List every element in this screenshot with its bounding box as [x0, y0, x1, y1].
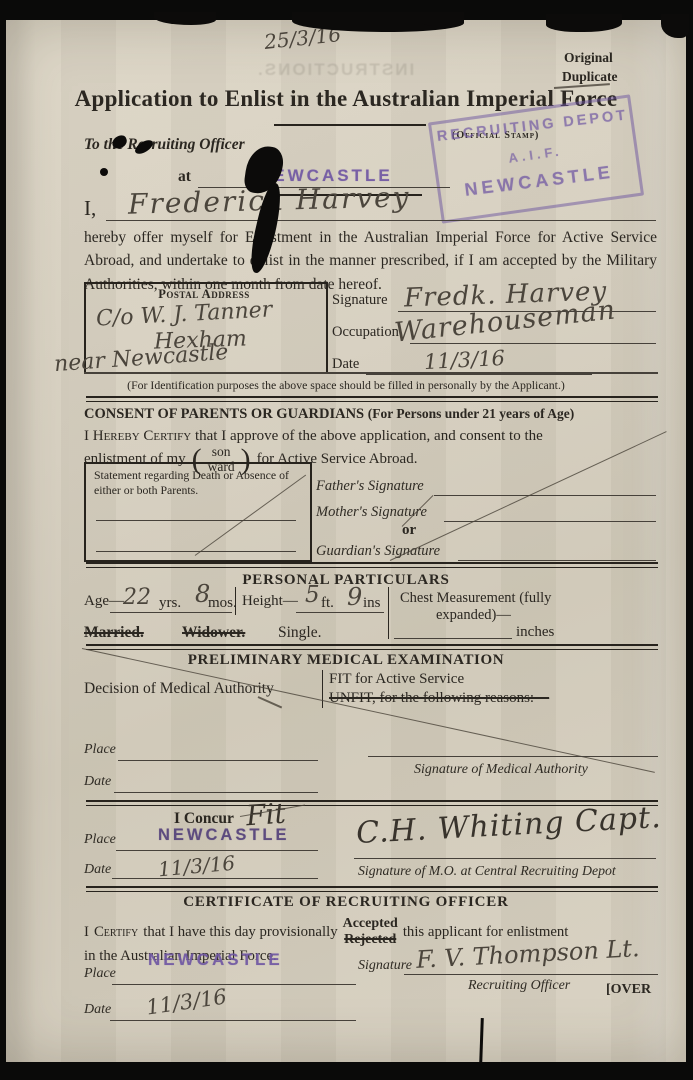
form-page: INSTRUCTIONS. 25/3/16 Original Duplicate… — [6, 20, 686, 1062]
concur-place-label: Place — [84, 832, 116, 848]
medical-signature-line — [368, 756, 658, 757]
torn-edge-mark — [420, 15, 450, 26]
concur-date-label: Date — [84, 862, 111, 878]
concur-date-line — [112, 878, 318, 879]
certificate-heading: CERTIFICATE OF RECRUITING OFFICER — [6, 894, 686, 911]
unfit-option: UNFIT, for the following reasons:— — [329, 689, 549, 708]
ft-label: ft. — [321, 595, 334, 612]
section-rule-3 — [86, 644, 658, 650]
height-ft-value: 5 — [305, 582, 320, 608]
postal-address-heading: Postal Address — [84, 287, 324, 302]
scan-artifact-line — [479, 1018, 484, 1064]
height-blank-line — [296, 612, 384, 613]
mo-signature-line — [354, 858, 656, 859]
mother-signature-line — [444, 521, 656, 522]
mo-signature-handwritten: C.H. Whiting Capt. — [355, 800, 662, 851]
single-option: Single. — [278, 624, 322, 642]
consent-certify-lead: I — [84, 428, 89, 444]
medical-date-label: Date — [84, 774, 111, 790]
concur-place-stamp: NEWCASTLE — [158, 826, 290, 845]
concur-date-value: 11/3/16 — [157, 851, 236, 882]
yrs-label: yrs. — [159, 595, 181, 612]
cert-place-line — [112, 984, 356, 985]
personal-divider-2 — [388, 587, 389, 639]
cert-date-value: 11/3/16 — [145, 984, 229, 1019]
married-option: Married. — [84, 624, 144, 642]
date-label: Date — [332, 356, 359, 373]
certificate-body-pre: that I have this day provisionally — [143, 924, 337, 941]
personal-particulars-heading: PERSONAL PARTICULARS — [6, 572, 686, 589]
statement-blank-line-2 — [96, 551, 296, 552]
ro-signature-label: Signature — [358, 958, 412, 974]
block-bottom-rule — [84, 372, 658, 374]
consent-heading-suffix: (For Persons under 21 years of Age) — [368, 406, 574, 421]
title-rule — [274, 124, 426, 126]
consent-heading: CONSENT OF PARENTS OR GUARDIANS — [84, 406, 364, 422]
medical-place-line — [118, 760, 318, 761]
father-signature-label: Father's Signature — [316, 478, 424, 495]
occupation-label: Occupation — [332, 324, 399, 341]
brace-son: son — [208, 445, 235, 460]
bleed-through-text: INSTRUCTIONS. — [256, 60, 414, 80]
signature-label: Signature — [332, 292, 388, 309]
torn-edge-mark — [661, 14, 689, 38]
name-blank-line — [106, 220, 656, 221]
i-label: I, — [84, 196, 96, 221]
medical-date-line — [114, 792, 318, 793]
fit-option: FIT for Active Service — [329, 670, 549, 689]
accepted-option: Accepted — [343, 916, 398, 932]
certificate-lead-caps: Certify — [94, 924, 138, 941]
torn-edge-mark — [546, 14, 622, 32]
consent-certify-caps: Hereby Certify — [93, 428, 191, 444]
height-in-value: 9 — [347, 583, 362, 611]
cert-place-label: Place — [84, 966, 116, 982]
chest-blank-line — [394, 638, 512, 639]
age-blank-line — [110, 612, 232, 613]
cert-place-stamp: NEWCASTLE — [148, 950, 283, 970]
age-value: 22 — [123, 585, 151, 610]
over-label: [OVER — [606, 982, 651, 998]
certificate-body-post: this applicant for enlistment — [403, 924, 569, 941]
medical-signature-caption: Signature of Medical Authority — [414, 762, 588, 778]
section-rule-2 — [86, 562, 658, 568]
ro-signature-line — [404, 974, 658, 975]
father-signature-line — [434, 495, 656, 496]
cert-date-label: Date — [84, 1002, 111, 1018]
widower-option: Widower. — [182, 624, 245, 642]
inches-label: inches — [516, 624, 554, 641]
mos-label: mos. — [208, 595, 237, 612]
scanned-document: INSTRUCTIONS. 25/3/16 Original Duplicate… — [0, 0, 693, 1080]
rejected-option: Rejected — [343, 932, 398, 948]
age-label: Age— — [84, 593, 124, 610]
decision-options: FIT for Active Service UNFIT, for the fo… — [322, 670, 549, 708]
consent-certify-rest: that I approve of the above application,… — [195, 428, 543, 444]
statement-blank-line-1 — [96, 520, 296, 521]
date-value-handwritten: 11/3/16 — [423, 346, 505, 374]
ink-blot — [100, 168, 108, 176]
section-rule-5 — [86, 886, 658, 892]
section-rule-1 — [86, 396, 658, 402]
cert-date-line — [110, 1020, 356, 1021]
medical-place-label: Place — [84, 742, 116, 758]
to-recruiting-officer-line: To the Recruiting Officer — [84, 136, 245, 154]
date-blank-line — [366, 374, 592, 375]
identification-note: (For Identification purposes the above s… — [6, 378, 686, 393]
original-label: Original — [564, 50, 613, 66]
height-label: Height— — [242, 593, 298, 610]
chest-label-line-2: expanded)— — [436, 607, 511, 624]
guardian-signature-line — [458, 560, 656, 561]
mo-signature-caption: Signature of M.O. at Central Recruiting … — [358, 863, 616, 879]
ins-label: ins — [363, 595, 381, 612]
statement-box-text: Statement regarding Death or Absence of … — [94, 468, 294, 499]
recruiting-depot-stamp: RECRUITING DEPOT A.I.F. NEWCASTLE — [428, 94, 644, 223]
certificate-lead: I — [84, 924, 89, 941]
recruiting-officer-caption: Recruiting Officer — [468, 978, 570, 994]
at-label: at — [178, 168, 191, 186]
concur-place-line — [116, 850, 318, 851]
chest-label-line-1: Chest Measurement (fully — [400, 590, 551, 607]
torn-edge-mark — [154, 12, 216, 25]
